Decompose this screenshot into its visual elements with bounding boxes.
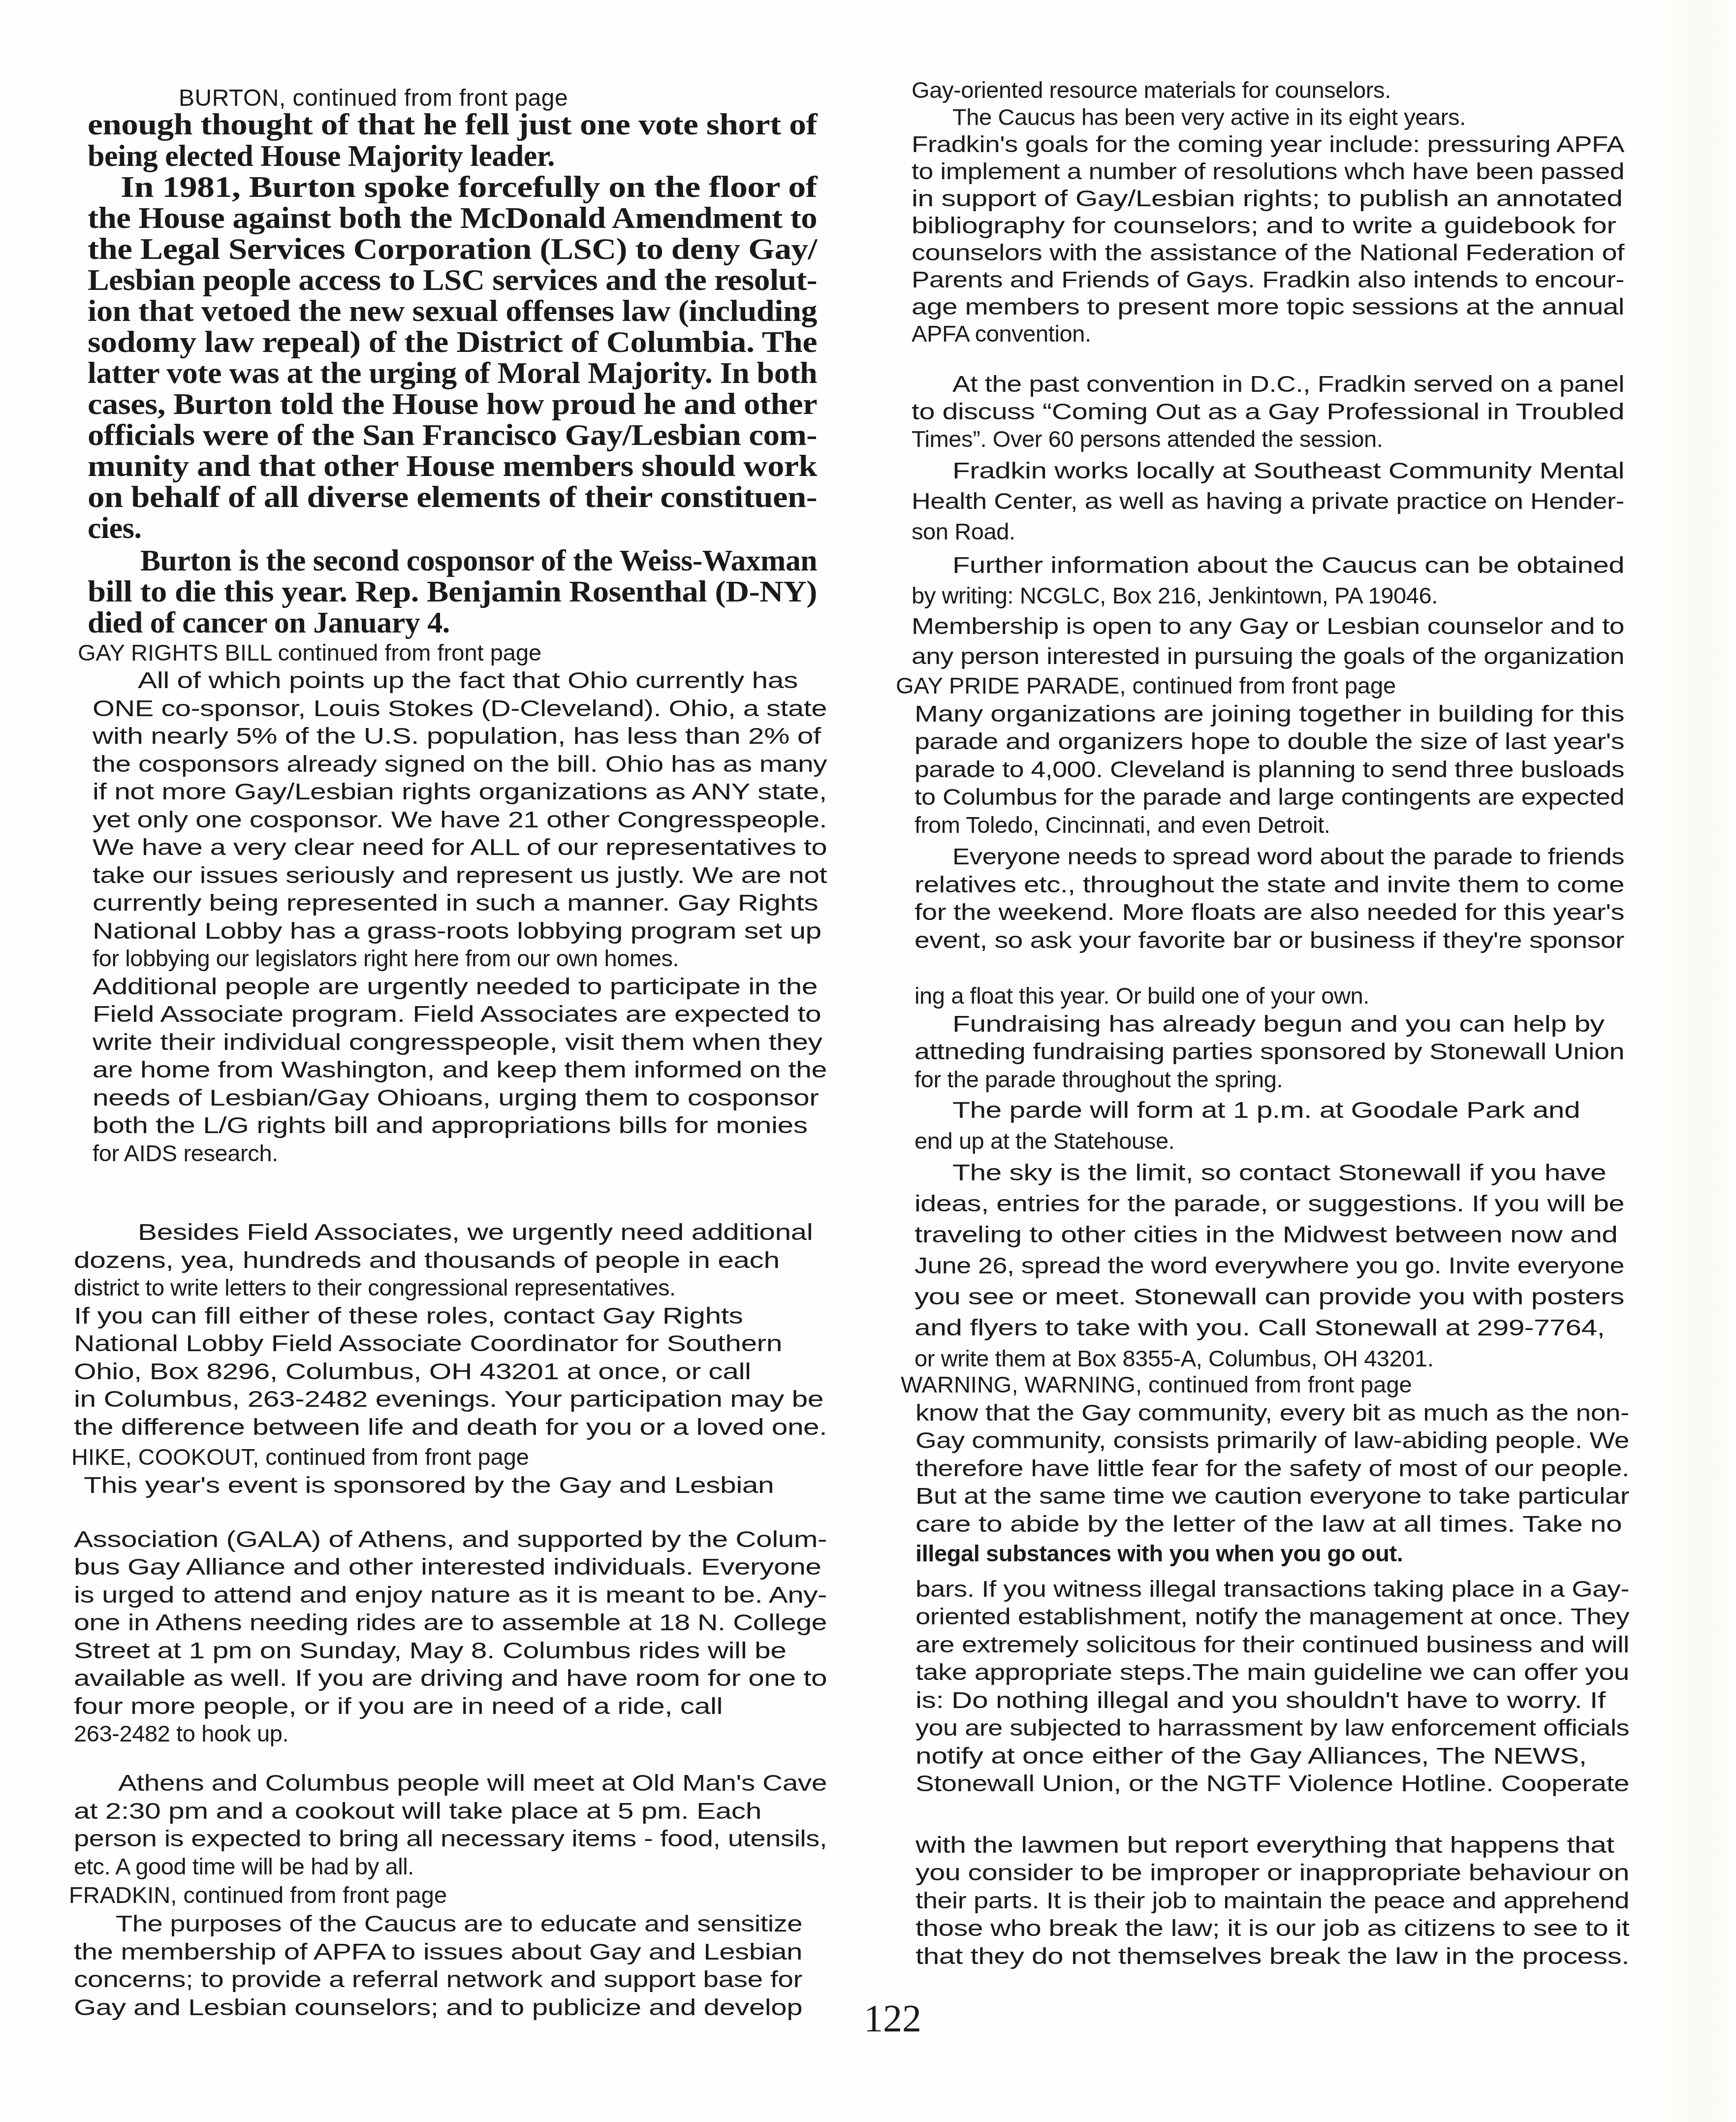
gay-pride-parade-line: for the weekend. More floats are also ne…: [915, 898, 1624, 925]
warning-line: therefore have little fear for the safet…: [915, 1455, 1629, 1482]
warning-line: oriented establishment, notify the manag…: [915, 1603, 1629, 1630]
gay-pride-parade-line: Everyone needs to spread word about the …: [952, 843, 1624, 870]
warning-line: that they do not themselves break the la…: [915, 1942, 1629, 1969]
gay-pride-parade-line: Many organizations are joining together …: [915, 700, 1624, 727]
warning-line: bars. If you witness illegal transaction…: [915, 1575, 1629, 1602]
gay-pride-parade-line: traveling to other cities in the Midwest…: [915, 1221, 1618, 1248]
fradkin-cont-line: in support of Gay/Lesbian rights; to pub…: [912, 185, 1623, 212]
fradkin-cont-line: counselors with the assistance of the Na…: [912, 239, 1624, 266]
fradkin-cont-line: to implement a number of resolutions whc…: [912, 158, 1624, 185]
warning-line: you are subjected to harrassment by law …: [915, 1714, 1629, 1741]
warning-line: notify at once either of the Gay Allianc…: [915, 1742, 1587, 1769]
fradkin-cont-line: any person interested in pursuing the go…: [912, 642, 1624, 669]
warning-line: Stonewall Union, or the NGTF Violence Ho…: [915, 1770, 1629, 1797]
gay-pride-parade-line: or write them at Box 8355-A, Columbus, O…: [915, 1345, 1433, 1372]
gay-pride-parade-line: Fundraising has already begun and you ca…: [952, 1010, 1604, 1037]
fradkin-cont-line: Times”. Over 60 persons attended the ses…: [912, 425, 1383, 452]
gay-pride-parade-line: and flyers to take with you. Call Stonew…: [915, 1314, 1605, 1341]
warning-line: illegal substances with you when you go …: [915, 1540, 1403, 1567]
fradkin-cont-line: Health Center, as well as having a priva…: [912, 487, 1624, 514]
section-heading-gay-pride-parade: GAY PRIDE PARADE, continued from front p…: [896, 672, 1396, 699]
fradkin-cont-line: to discuss “Coming Out as a Gay Professi…: [912, 398, 1624, 425]
fradkin-cont-line: Parents and Friends of Gays. Fradkin als…: [912, 266, 1624, 293]
warning-line: those who break the law; it is our job a…: [915, 1914, 1629, 1941]
warning-line: are extremely solicitous for their conti…: [915, 1631, 1629, 1658]
fradkin-cont-line: son Road.: [912, 518, 1015, 545]
warning-line: is: Do nothing illegal and you shouldn't…: [915, 1686, 1606, 1713]
gay-pride-parade-line: event, so ask your favorite bar or busin…: [915, 926, 1624, 953]
warning-line: But at the same time we caution everyone…: [915, 1482, 1629, 1509]
fradkin-cont-line: Membership is open to any Gay or Lesbian…: [912, 612, 1624, 639]
gay-pride-parade-line: June 26, spread the word everywhere you …: [915, 1252, 1624, 1279]
fradkin-cont-line: Gay-oriented resource materials for coun…: [912, 76, 1391, 103]
newsletter-page: BURTON, continued from front page enough…: [0, 0, 1736, 2122]
gay-pride-parade-line: you see or meet. Stonewall can provide y…: [915, 1283, 1624, 1310]
fradkin-cont-line: The Caucus has been very active in its e…: [952, 103, 1466, 130]
warning-line: know that the Gay community, every bit a…: [915, 1399, 1629, 1426]
gay-pride-parade-line: parade and organizers hope to double the…: [915, 728, 1624, 755]
section-heading-warning: WARNING, WARNING, continued from front p…: [901, 1371, 1412, 1398]
gay-pride-parade-line: ideas, entries for the parade, or sugges…: [915, 1190, 1624, 1217]
fradkin-cont-line: At the past convention in D.C., Fradkin …: [952, 370, 1624, 397]
warning-line: take appropriate steps.The main guidelin…: [915, 1658, 1629, 1685]
fradkin-cont-line: age members to present more topic sessio…: [912, 293, 1624, 320]
gay-pride-parade-line: The parde will form at 1 p.m. at Goodale…: [952, 1096, 1580, 1123]
fradkin-cont-line: by writing: NCGLC, Box 216, Jenkintown, …: [912, 582, 1438, 609]
fradkin-cont-line: bibliography for counselors; and to writ…: [912, 212, 1616, 239]
right-column: Gay-oriented resource materials for coun…: [0, 0, 1736, 2122]
warning-line: you consider to be improper or inappropr…: [915, 1859, 1629, 1886]
fradkin-cont-line: Fradkin works locally at Southeast Commu…: [952, 457, 1624, 484]
gay-pride-parade-line: from Toledo, Cincinnati, and even Detroi…: [915, 811, 1330, 838]
gay-pride-parade-line: end up at the Statehouse.: [915, 1127, 1174, 1154]
gay-pride-parade-line: for the parade throughout the spring.: [915, 1066, 1283, 1093]
fradkin-cont-line: Further information about the Caucus can…: [952, 551, 1624, 578]
fradkin-cont-line: Fradkin's goals for the coming year incl…: [912, 130, 1624, 158]
gay-pride-parade-line: attneding fundraising parties sponsored …: [915, 1038, 1624, 1065]
gay-pride-parade-line: to Columbus for the parade and large con…: [915, 783, 1624, 810]
gay-pride-parade-line: relatives etc., throughout the state and…: [915, 871, 1624, 898]
warning-line: Gay community, consists primarily of law…: [915, 1426, 1629, 1454]
warning-line: care to abide by the letter of the law a…: [915, 1510, 1622, 1537]
gay-pride-parade-line: ing a float this year. Or build one of y…: [915, 982, 1369, 1009]
gay-pride-parade-line: The sky is the limit, so contact Stonewa…: [952, 1159, 1606, 1186]
fradkin-cont-line: APFA convention.: [912, 320, 1091, 347]
warning-line: their parts. It is their job to maintain…: [915, 1887, 1629, 1914]
warning-line: with the lawmen but report everything th…: [915, 1831, 1614, 1858]
gay-pride-parade-line: parade to 4,000. Cleveland is planning t…: [915, 756, 1624, 783]
